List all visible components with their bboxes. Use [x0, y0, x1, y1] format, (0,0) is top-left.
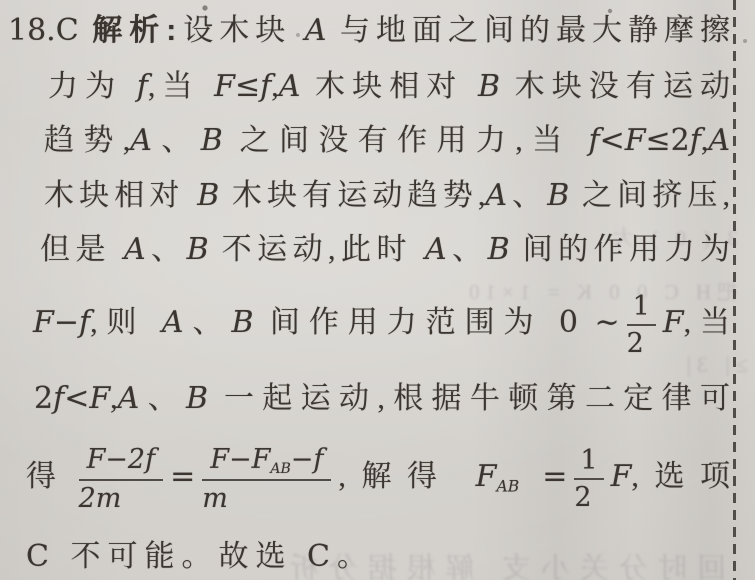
math-var: f — [260, 69, 271, 104]
math-var: F — [476, 459, 497, 494]
operator: − — [54, 305, 79, 340]
text-run: 间的作用力为 — [523, 233, 730, 266]
option-letter: C — [26, 539, 56, 574]
number: 0 — [559, 305, 578, 340]
fraction-left-side: F−2f2m — [79, 445, 164, 512]
math-var: B — [231, 305, 253, 340]
fraction-right-side: F−FAB−fm — [202, 445, 331, 512]
fraction-denominator: 2 — [574, 480, 603, 512]
math-var: B — [488, 232, 510, 267]
text-run: ,当 — [684, 306, 730, 339]
math-var: A — [305, 13, 327, 48]
math-var: A — [279, 69, 301, 104]
text-run: , — [271, 70, 279, 103]
fraction-one-half: 12 — [627, 292, 656, 358]
fraction-one-half: 12 — [574, 446, 603, 512]
math-var: F — [89, 381, 110, 416]
math-var: f — [137, 69, 148, 104]
math-var-with-subscript: FAB — [476, 459, 520, 494]
fraction-numerator: F−FAB−f — [202, 445, 331, 480]
math-var: f — [79, 305, 90, 340]
subscript-AB: AB — [496, 477, 519, 495]
solution-line-9: C 不可能。故选 C。 — [26, 536, 546, 578]
text-run: ,选项 — [631, 460, 730, 493]
text-run: 与地面之间的最大静摩擦 — [340, 14, 730, 47]
text-run: 木块相对 — [315, 70, 463, 103]
math-var: A — [130, 123, 152, 158]
ink-specks — [0, 0, 2, 2]
numerator-part: F−F — [210, 444, 270, 475]
solution-line-6: F−f,则 A、B 间作用力范围为 0 ∼12F,当 — [33, 284, 730, 362]
text-run: 、 — [139, 382, 186, 415]
fraction-denominator: 2 — [627, 326, 656, 358]
math-var: A — [118, 381, 140, 416]
fraction-denominator: 2m — [79, 481, 164, 513]
math-var: A — [425, 232, 447, 267]
solution-line-8: 得F−2f2m=F−FAB−fm,解得 FAB =12F,选项 — [26, 428, 730, 526]
math-var: A — [124, 232, 146, 267]
subscript-AB: AB — [270, 461, 290, 477]
equals-sign: = — [542, 459, 567, 494]
text-run: 力为 — [48, 70, 122, 103]
analysis-label: 解析: — [92, 14, 177, 47]
text-run: 不运动,此时 — [222, 233, 412, 266]
text-run: 之间挤压, — [582, 179, 730, 212]
solution-line-7: 2f<F,A、B 一起运动,根据牛顿第二定律可 — [34, 378, 730, 420]
operator: ≤ — [235, 69, 260, 104]
math-var: B — [197, 178, 219, 213]
text-run: ,则 — [90, 306, 145, 339]
range-tilde: ∼ — [594, 305, 619, 340]
solution-line-5: 但是 A、B 不运动,此时 A、B 间的作用力为 — [40, 229, 730, 271]
text-run: 一起运动,根据牛顿第二定律可 — [224, 382, 730, 415]
math-var: f — [588, 123, 599, 158]
text-run: 间作用力范围为 — [270, 306, 543, 339]
coefficient: 2 — [671, 123, 690, 158]
option-letter: C — [307, 539, 337, 574]
text-run: 得 — [26, 460, 72, 493]
math-var: B — [187, 232, 209, 267]
math-var: A — [162, 305, 184, 340]
text-run: 之间没有作用力,当 — [240, 124, 572, 157]
math-var: F — [663, 305, 684, 340]
math-var: F — [33, 305, 54, 340]
solution-line-2: 力为 f,当 F≤f,A 木块相对 B 木块没有运动 — [48, 66, 730, 108]
text-run: 、 — [507, 179, 547, 212]
text-run: 、 — [152, 124, 201, 157]
operator: ≤ — [646, 123, 671, 158]
math-var: B — [186, 381, 208, 416]
math-var: f — [690, 123, 701, 158]
coefficient: 2 — [34, 381, 53, 416]
math-var: B — [201, 123, 223, 158]
text-run: , — [110, 382, 118, 415]
math-var: F — [611, 459, 632, 494]
text-run: 、 — [447, 233, 488, 266]
equals-sign: = — [170, 459, 195, 494]
scanned-textbook-page: 把H C 0 0 K = 1×10 3 ( 0 ) 大 ≥| 3| 回时分关小支… — [0, 0, 755, 580]
text-run: 木块没有运动 — [515, 70, 730, 103]
fraction-numerator: 1 — [627, 292, 656, 326]
text-run: ,当 — [148, 70, 200, 103]
text-run: 设木块 — [177, 14, 291, 47]
text-run: 木块有运动趋势, — [232, 179, 485, 212]
text-run: 木块相对 — [44, 179, 185, 212]
solution-line-4: 木块相对 B 木块有运动趋势,A、B 之间挤压, — [44, 175, 730, 217]
fraction-denominator: m — [202, 481, 331, 513]
math-var: A — [485, 178, 507, 213]
text-run: 不可能。故选 — [56, 540, 307, 573]
operator: < — [600, 123, 625, 158]
column-divider-dashed-line — [733, 0, 736, 580]
math-var: F — [625, 123, 646, 158]
solution-line-1: 18.C 解析:设木块 A 与地面之间的最大静摩擦 — [8, 10, 730, 52]
math-var: B — [547, 178, 569, 213]
text-run: 但是 — [40, 233, 111, 266]
text-run: 、 — [146, 233, 187, 266]
text-run: 、 — [184, 306, 232, 339]
fraction-numerator: F−2f — [79, 445, 164, 480]
operator: < — [64, 381, 89, 416]
math-var: f — [53, 381, 64, 416]
fraction-numerator: 1 — [574, 446, 603, 480]
solution-line-3: 趋势,A、B 之间没有作用力,当 f<F≤2f,A — [44, 120, 730, 162]
math-var: A — [708, 123, 730, 158]
text-run: ,解得 — [338, 460, 452, 493]
math-var: F — [214, 69, 235, 104]
numerator-part: −f — [291, 444, 324, 475]
math-var: B — [478, 69, 500, 104]
problem-number-and-answer: 18.C — [8, 13, 79, 48]
text-run: 。 — [337, 540, 374, 573]
text-run: 趋势, — [44, 124, 130, 157]
